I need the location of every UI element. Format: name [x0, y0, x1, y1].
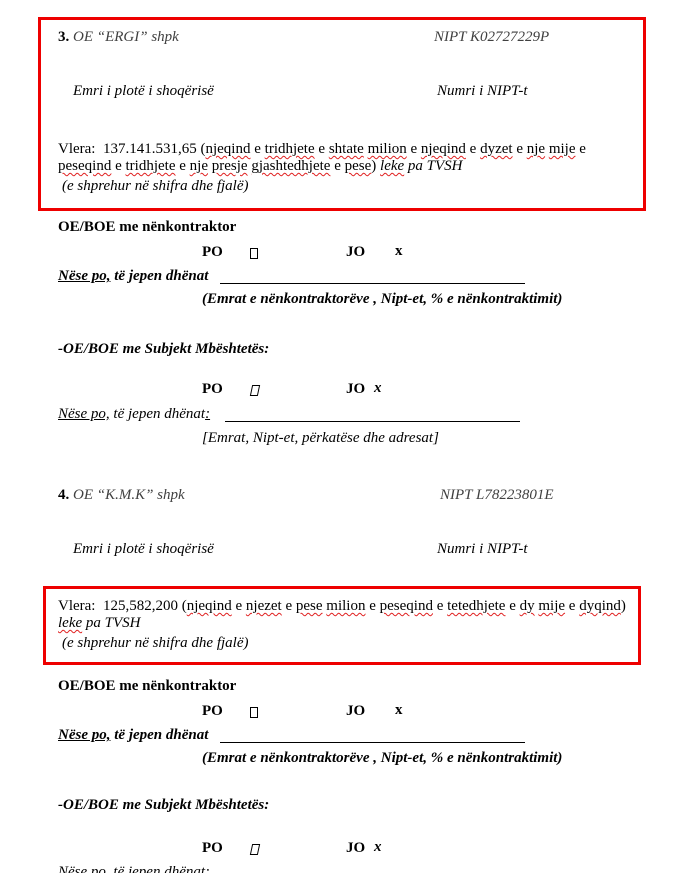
section3-label-nipt: Numri i NIPT-t [437, 83, 528, 100]
spellcheck-word: nje [527, 141, 545, 157]
section3-subcontractor-hint: (Emrat e nënkontraktorëve , Nipt-et, % e… [202, 291, 562, 308]
section4-value-words: (njeqind e njezet e pese milion e peseqi… [182, 598, 626, 614]
value-word-text: e [565, 598, 579, 614]
value-word-text: e [365, 598, 379, 614]
section4-subcontractor-po-label: PO [202, 703, 223, 720]
section4-subcontractor-if-yes-underlined: Nëse po, [58, 727, 111, 743]
section3-support-hint: [Emrat, Nipt-et, përkatëse dhe adresat] [202, 430, 439, 447]
section4-value-label: Vlera: [58, 598, 95, 614]
section3-support-po-checkbox[interactable] [250, 385, 260, 396]
section4-subcontractor-po-checkbox[interactable] [250, 707, 258, 718]
spellcheck-word: shtate [329, 141, 364, 157]
spellcheck-word: pese [345, 158, 372, 174]
value-word-text: e [433, 598, 447, 614]
spellcheck-word: njeqind [421, 141, 466, 157]
value-word-text: ) [621, 598, 626, 614]
section3-nipt: NIPT K02727229P [434, 29, 549, 46]
section3-support-if-yes: Nëse po, të jepen dhënat: [58, 406, 210, 423]
spellcheck-word: pese [296, 598, 323, 614]
section3-support-if-yes-colon: : [205, 406, 210, 422]
value-word-text: e [513, 141, 527, 157]
section3-support-jo-label: JO [346, 381, 365, 398]
section3-company-name: OE “ERGI” shpk [73, 29, 179, 45]
value-word-text: e [111, 158, 125, 174]
value-word-text: e [232, 598, 246, 614]
value-word-text: e [330, 158, 344, 174]
section3-value-label: Vlera: [58, 141, 95, 157]
spellcheck-word: njeqind [187, 598, 232, 614]
value-word-text: e [466, 141, 480, 157]
spellcheck-word: njezet [246, 598, 282, 614]
section4-support-if-yes-cut: Nëse po, të jepen dhënat: [58, 864, 210, 873]
section4-company-name: OE “K.M.K” shpk [73, 487, 185, 503]
section3-value-paragraph: Vlera: 137.141.531,65 (njeqind e tridhje… [58, 141, 633, 175]
section4-subcontractor-jo-mark[interactable]: x [395, 702, 403, 719]
section4-subcontractor-jo-label: JO [346, 703, 365, 720]
section3-subcontractor-title: OE/BOE me nënkontraktor [58, 219, 236, 236]
section3-value-leke: leke [380, 158, 404, 174]
section3-subcontractor-po-label: PO [202, 244, 223, 261]
value-word-text: e [407, 141, 421, 157]
section4-value-amount: 125,582,200 [103, 598, 178, 614]
section4-subcontractor-if-yes-rest: të jepen dhënat [111, 727, 209, 743]
spellcheck-word: peseqind [380, 598, 433, 614]
spellcheck-word: peseqind [58, 158, 111, 174]
value-word-text: e [575, 141, 585, 157]
section3-subcontractor-if-yes: Nëse po, të jepen dhënat [58, 268, 208, 285]
section3-value-suffix: pa TVSH [404, 158, 462, 174]
spellcheck-word: dy [520, 598, 535, 614]
spellcheck-word: mije [549, 141, 576, 157]
section4-nipt: NIPT L78223801E [440, 487, 554, 504]
section3-subcontractor-if-yes-rest: të jepen dhënat [111, 268, 209, 284]
value-word-text: e [315, 141, 329, 157]
section4-support-jo-mark[interactable]: x [374, 839, 382, 856]
section3-value-note: (e shprehur në shifra dhe fjalë) [62, 178, 249, 195]
spellcheck-word: dyqind [579, 598, 621, 614]
spellcheck-word: presje [212, 158, 248, 174]
section4-support-po-label: PO [202, 840, 223, 857]
section4-support-title: -OE/BOE me Subjekt Mbështetës: [58, 797, 269, 814]
section4-subcontractor-fill-line[interactable] [220, 742, 525, 743]
section4-label-nipt: Numri i NIPT-t [437, 541, 528, 558]
section3-subcontractor-po-checkbox[interactable] [250, 248, 258, 259]
section3-support-po-label: PO [202, 381, 223, 398]
spellcheck-word: njeqind [205, 141, 250, 157]
value-word-text: e [505, 598, 519, 614]
spellcheck-word: nje [190, 158, 208, 174]
spellcheck-word: tetedhjete [447, 598, 505, 614]
section4-value-leke: leke [58, 615, 82, 631]
spellcheck-word: tridhjete [126, 158, 176, 174]
value-word-text: e [282, 598, 296, 614]
section3-label-name: Emri i plotë i shoqërisë [73, 83, 214, 100]
value-word-text: ) [371, 158, 376, 174]
section3-number: 3. [58, 29, 69, 45]
section3-support-if-yes-underlined: Nëse po, [58, 406, 110, 422]
section3-subcontractor-if-yes-underlined: Nëse po, [58, 268, 111, 284]
section3-support-fill-line[interactable] [225, 421, 520, 422]
section3-subcontractor-jo-mark[interactable]: x [395, 243, 403, 260]
section3-subcontractor-jo-label: JO [346, 244, 365, 261]
section3-heading: 3. OE “ERGI” shpk [58, 29, 179, 46]
spellcheck-word: tridhjete [265, 141, 315, 157]
section4-subcontractor-hint: (Emrat e nënkontraktorëve , Nipt-et, % e… [202, 750, 562, 767]
section3-support-jo-mark[interactable]: x [374, 380, 382, 397]
value-word-text: e [250, 141, 264, 157]
section4-support-po-checkbox[interactable] [250, 844, 260, 855]
section4-support-jo-label: JO [346, 840, 365, 857]
spellcheck-word: gjashtedhjete [251, 158, 330, 174]
spellcheck-word: mije [538, 598, 565, 614]
section3-value-amount: 137.141.531,65 [103, 141, 197, 157]
section4-subcontractor-title: OE/BOE me nënkontraktor [58, 678, 236, 695]
spellcheck-word: dyzet [480, 141, 512, 157]
section4-number: 4. [58, 487, 69, 503]
section4-value-suffix: pa TVSH [82, 615, 140, 631]
section4-label-name: Emri i plotë i shoqërisë [73, 541, 214, 558]
section3-support-if-yes-rest: të jepen dhënat [110, 406, 205, 422]
spellcheck-word: milion [326, 598, 365, 614]
spellcheck-word: milion [368, 141, 407, 157]
section3-subcontractor-fill-line[interactable] [220, 283, 525, 284]
section3-support-title: -OE/BOE me Subjekt Mbështetës: [58, 341, 269, 358]
section4-value-note: (e shprehur në shifra dhe fjalë) [62, 635, 249, 652]
section4-heading: 4. OE “K.M.K” shpk [58, 487, 185, 504]
value-word-text: e [175, 158, 189, 174]
section4-value-paragraph: Vlera: 125,582,200 (njeqind e njezet e p… [58, 598, 628, 632]
section4-subcontractor-if-yes: Nëse po, të jepen dhënat [58, 727, 208, 744]
